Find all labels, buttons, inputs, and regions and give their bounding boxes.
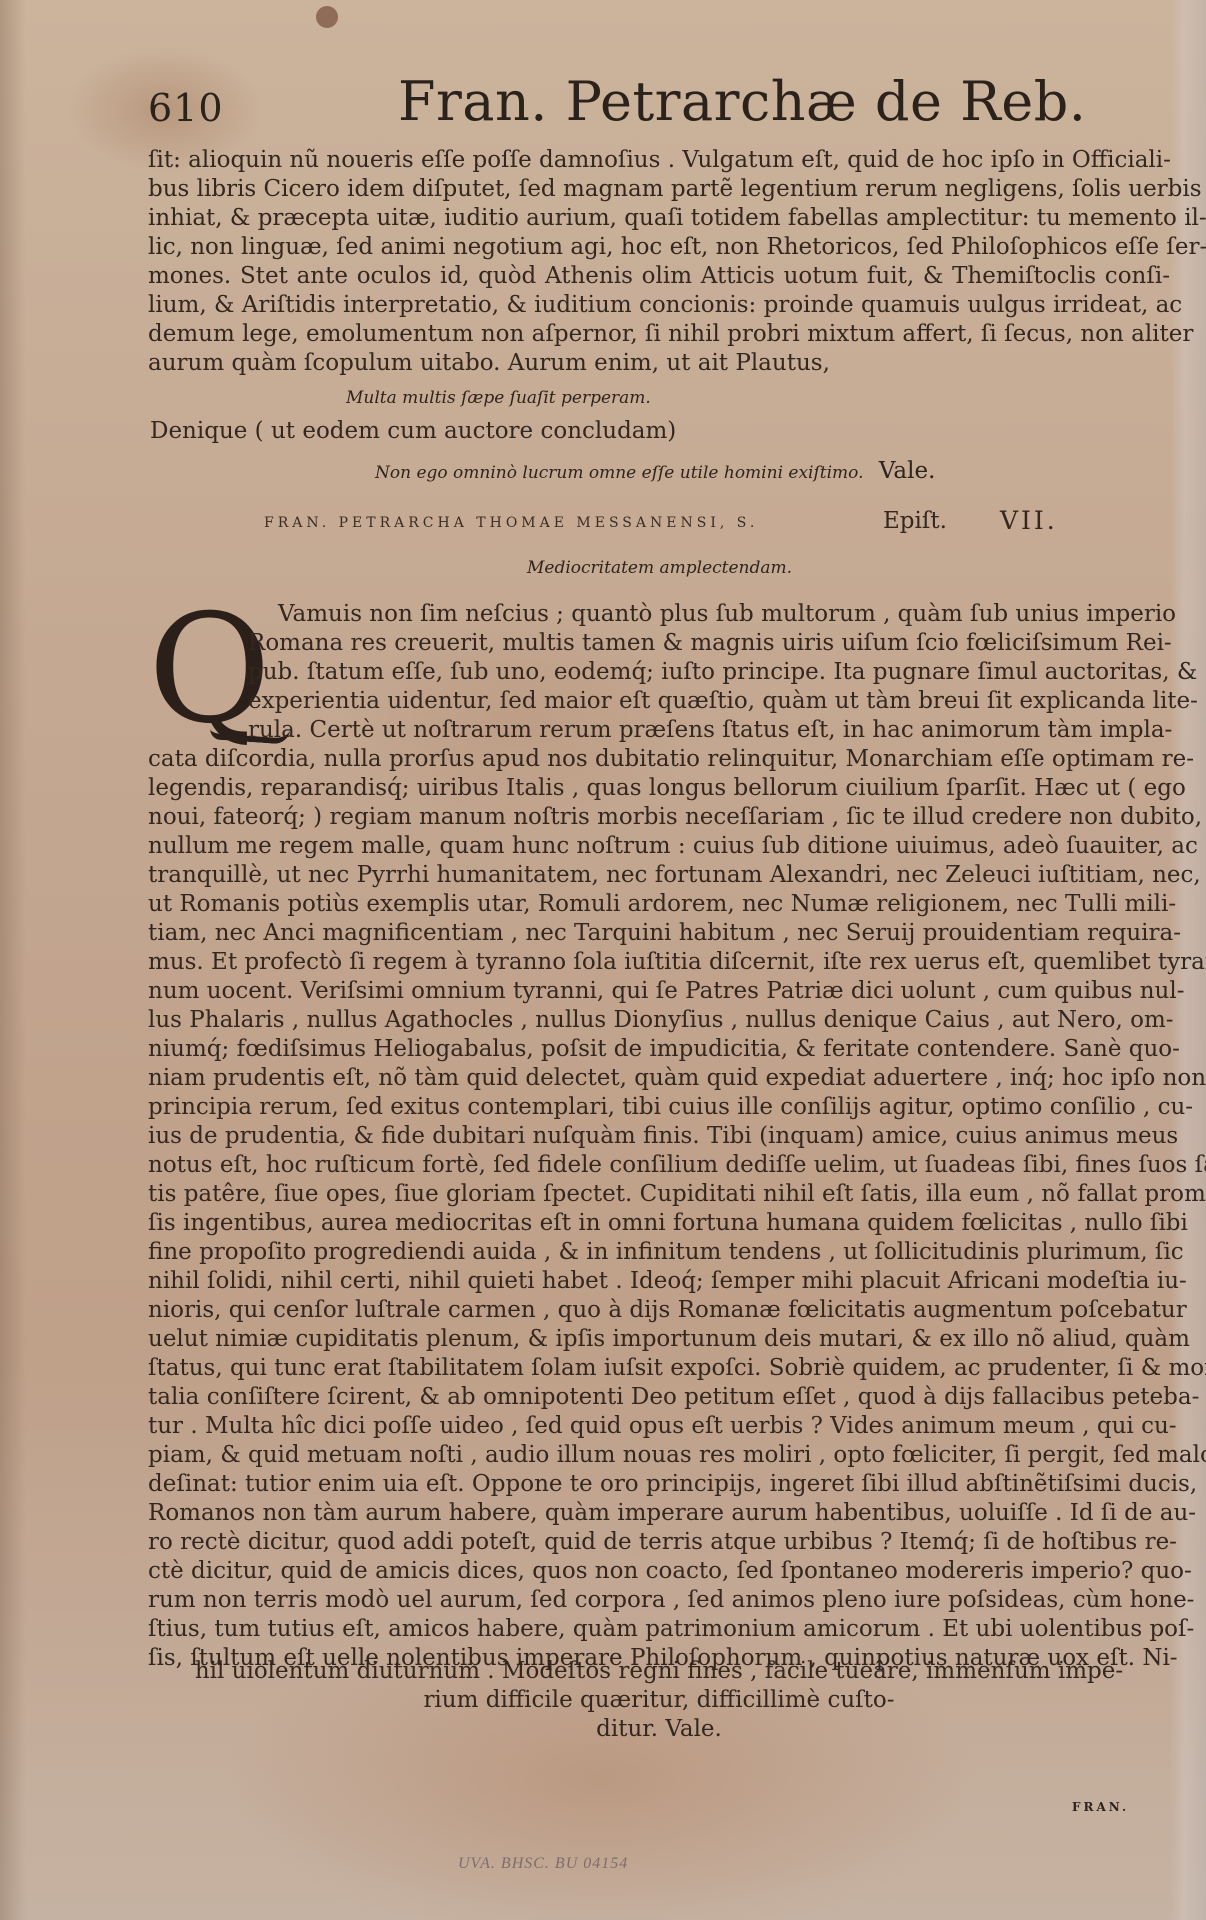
- text-line: legendis, reparandisq́; uiribus Italis ,…: [148, 774, 1170, 803]
- text-line: pub. ſtatum eſſe, ſub uno, eodemq́; iuſt…: [248, 658, 1170, 687]
- text-line: niumq́; fœdiſsimus Heliogabalus, poſsit …: [148, 1035, 1170, 1064]
- closing-quote: Non ego omninò lucrum omne eſſe utile ho…: [375, 458, 935, 484]
- text-line: ro rectè dicitur, quod addi poteſt, quid…: [148, 1528, 1170, 1557]
- closing-quote-text: Non ego omninò lucrum omne eſſe utile ho…: [375, 463, 864, 483]
- text-line: nioris, qui cenſor luſtrale carmen , quo…: [148, 1296, 1170, 1325]
- epistle-number: VII.: [1000, 506, 1058, 535]
- text-line: lic, non linguæ, ſed animi negotium agi,…: [148, 233, 1170, 262]
- text-line: aurum quàm ſcopulum uitabo. Aurum enim, …: [148, 349, 1170, 378]
- text-line: Romana res creuerit, multis tamen & magn…: [248, 629, 1170, 658]
- text-line: rula. Certè ut noſtrarum rerum præſens ſ…: [248, 716, 1170, 745]
- text-line: bus libris Cicero idem diſputet, ſed mag…: [148, 175, 1170, 204]
- text-line: ditur. Vale.: [148, 1715, 1170, 1744]
- text-line: ut Romanis potiùs exemplis utar, Romuli …: [148, 890, 1170, 919]
- text-line: ſtatus, qui tunc erat ſtabilitatem ſolam…: [148, 1354, 1170, 1383]
- epistle-label: Epiſt.: [883, 508, 947, 534]
- text-line: principia rerum, ſed exitus contemplari,…: [148, 1093, 1170, 1122]
- text-line: hil uiolentum diuturnum . Modeſtos regni…: [148, 1657, 1170, 1686]
- text-line: lus Phalaris , nullus Agathocles , nullu…: [148, 1006, 1170, 1035]
- text-line: tiam, nec Anci magnificentiam , nec Tarq…: [148, 919, 1170, 948]
- text-line: niam prudentis eſt, nõ tàm quid delectet…: [148, 1064, 1170, 1093]
- text-line: lium, & Ariſtidis interpretatio, & iudit…: [148, 291, 1170, 320]
- catchword: FRAN.: [1072, 1800, 1129, 1814]
- text-line: ius de prudentia, & fide dubitari nuſquà…: [148, 1122, 1170, 1151]
- text-line: num uocent. Veriſsimi omnium tyranni, qu…: [148, 977, 1170, 1006]
- text-line: noui, fateorq́; ) regiam manum noſtris m…: [148, 803, 1170, 832]
- epistle-opening-lines: Vamuis non ſim neſcius ; quantò plus ſub…: [248, 600, 1170, 745]
- text-line: fine propoſito progrediendi auida , & in…: [148, 1238, 1170, 1267]
- gutter-shadow: [0, 0, 26, 1920]
- text-line: mones. Stet ante oculos id, quòd Athenis…: [148, 262, 1170, 291]
- epistle-closing: hil uiolentum diuturnum . Modeſtos regni…: [148, 1657, 1170, 1744]
- epistle-heading: FRAN. PETRARCHA THOMAE MESSANENSI, S.: [264, 515, 758, 531]
- text-line: rium difficile quæritur, difficillimè cu…: [148, 1686, 1170, 1715]
- library-stamp: UVA. BHSC. BU 04154: [458, 1855, 628, 1873]
- text-line: mus. Et profectò ſi regem à tyranno ſola…: [148, 948, 1170, 977]
- text-line: talia conſiſtere ſcirent, & ab omnipoten…: [148, 1383, 1170, 1412]
- plautus-quote: Multa multis ſæpe ſuaſit perperam.: [346, 388, 651, 408]
- text-line: tur . Multa hîc dici poſſe uideo , ſed q…: [148, 1412, 1170, 1441]
- epistle-body: cata diſcordia, nulla prorſus apud nos d…: [148, 745, 1170, 1673]
- text-line: experientia uidentur, ſed maior eſt quæſ…: [248, 687, 1170, 716]
- text-line: ctè dicitur, quid de amicis dices, quos …: [148, 1557, 1170, 1586]
- text-line: notus eſt, hoc ruſticum fortè, ſed fidel…: [148, 1151, 1170, 1180]
- text-line: demum lege, emolumentum non aſpernor, ſi…: [148, 320, 1170, 349]
- vale-signoff: Vale.: [879, 458, 936, 484]
- text-line: ſit: alioquin nũ noueris eſſe poſſe damn…: [148, 146, 1170, 175]
- page-number: 610: [148, 86, 224, 130]
- running-head: Fran. Petrarchæ de Reb.: [398, 70, 1086, 133]
- book-page: 610 Fran. Petrarchæ de Reb. ſit: alioqui…: [0, 0, 1206, 1920]
- text-line: Vamuis non ſim neſcius ; quantò plus ſub…: [248, 600, 1170, 629]
- concluding-phrase: Denique ( ut eodem cum auctore concludam…: [150, 418, 676, 444]
- previous-letter-text: ſit: alioquin nũ noueris eſſe poſſe damn…: [148, 146, 1170, 378]
- text-line: piam, & quid metuam noſti , audio illum …: [148, 1441, 1170, 1470]
- text-line: tis patêre, ſiue opes, ſiue gloriam ſpec…: [148, 1180, 1170, 1209]
- text-line: nihil ſolidi, nihil certi, nihil quieti …: [148, 1267, 1170, 1296]
- text-line: ſtius, tum tutius eſt, amicos habere, qu…: [148, 1615, 1170, 1644]
- text-line: cata diſcordia, nulla prorſus apud nos d…: [148, 745, 1170, 774]
- ink-blot: [316, 6, 338, 28]
- text-line: Romanos non tàm aurum habere, quàm imper…: [148, 1499, 1170, 1528]
- text-line: rum non terris modò uel aurum, ſed corpo…: [148, 1586, 1170, 1615]
- epistle-subject: Mediocritatem amplectendam.: [527, 558, 792, 578]
- text-line: inhiat, & præcepta uitæ, iuditio aurium,…: [148, 204, 1170, 233]
- text-line: deſinat: tutior enim uia eſt. Oppone te …: [148, 1470, 1170, 1499]
- text-line: ſis ingentibus, aurea mediocritas eſt in…: [148, 1209, 1170, 1238]
- text-line: nullum me regem malle, quam hunc noſtrum…: [148, 832, 1170, 861]
- text-line: uelut nimiæ cupiditatis plenum, & ipſis …: [148, 1325, 1170, 1354]
- text-line: tranquillè, ut nec Pyrrhi humanitatem, n…: [148, 861, 1170, 890]
